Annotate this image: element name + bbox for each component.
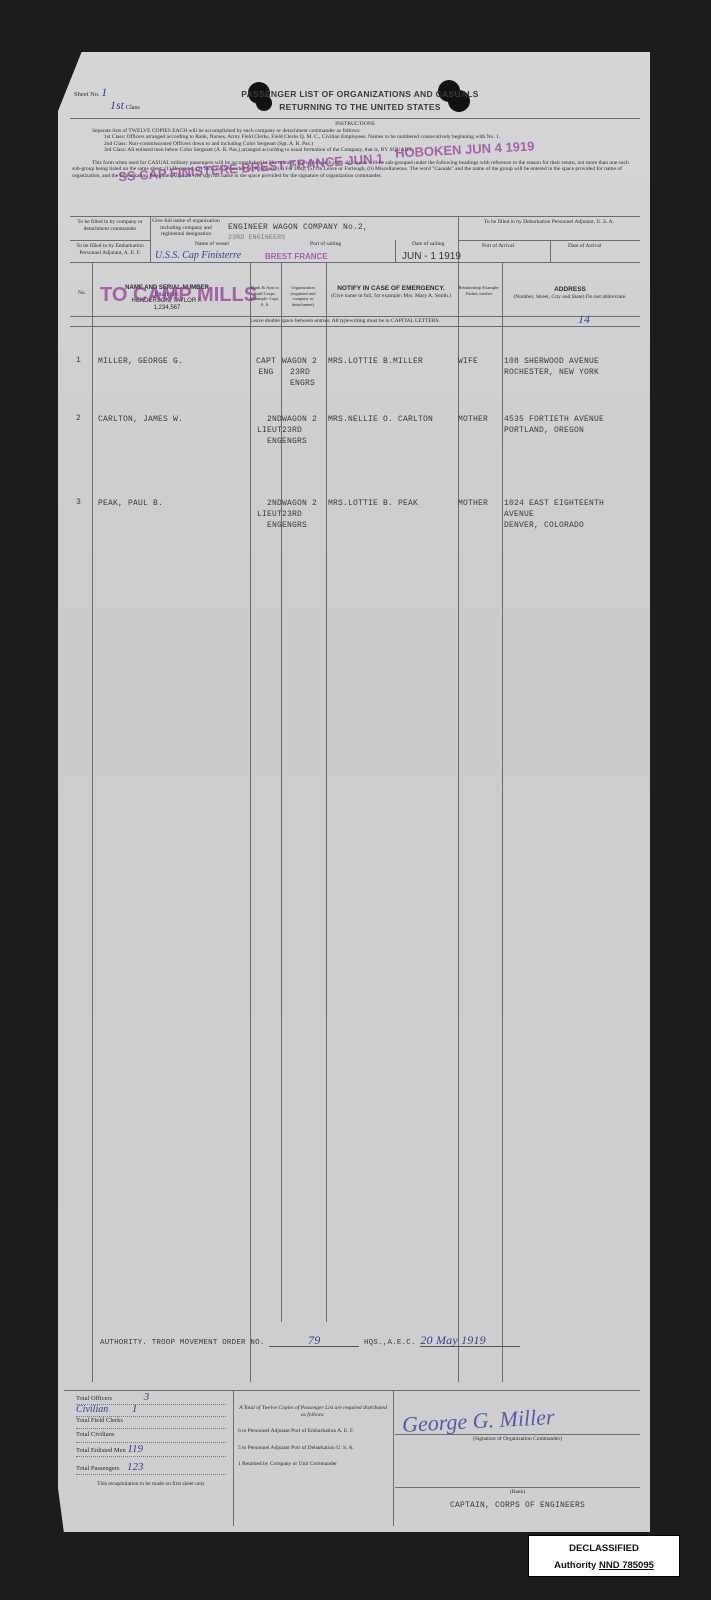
divider — [70, 262, 640, 263]
col-header-relationship: Relationship Example: Father, mother — [458, 285, 500, 296]
company-commander-label: To be filled in by company or detachment… — [72, 219, 148, 232]
col-header-notify: NOTIFY IN CASE OF EMERGENCY. (Give name … — [326, 286, 456, 299]
divider — [233, 1390, 234, 1526]
row-name: PEAK, PAUL B. — [98, 498, 163, 509]
row-address-2: AVENUE — [504, 509, 604, 520]
rank-line — [395, 1487, 640, 1488]
rank-value: CAPTAIN, CORPS OF ENGINEERS — [395, 1500, 640, 1511]
col-header-address-sub: (Number, Street, City and State) Do not … — [502, 294, 638, 301]
row-address-3: DENVER, COLORADO — [504, 520, 604, 531]
row-org-1: WAGON 2 — [282, 356, 328, 367]
total-enlisted-label: Total Enlisted Men — [76, 1447, 126, 1454]
divider — [150, 216, 151, 262]
row-notify: MRS.LOTTIE B. PEAK — [328, 498, 418, 509]
distribution-item-3: 1 Retained by Company or Unit Commander — [238, 1461, 388, 1468]
class-value: 1st — [110, 98, 124, 112]
declassified-authority: Authority NND 785095 — [529, 1560, 679, 1571]
row-org-1: WAGON 2 — [282, 414, 328, 425]
row-no: 1 — [76, 356, 81, 365]
row-relationship: WIFE — [458, 356, 478, 367]
row-org-3: ENGRS — [282, 520, 328, 531]
row-org-2: 23RD — [282, 367, 328, 378]
col-header-notify-label: NOTIFY IN CASE OF EMERGENCY. — [326, 286, 456, 293]
row-rank-3: ENG — [250, 520, 282, 531]
total-enlisted-row: Total Enlisted Men 119 — [76, 1445, 226, 1457]
row-rank-1: 2ND — [250, 498, 282, 509]
authority-line: AUTHORITY. TROOP MOVEMENT ORDER NO. 79 H… — [100, 1335, 520, 1349]
date-arrival-label: Date of Arrival — [568, 243, 601, 250]
divider — [70, 326, 640, 327]
row-organization: WAGON 223RDENGRS — [282, 414, 328, 447]
row-rank: 2NDLIEUTENG — [250, 414, 282, 447]
document-title: PASSENGER LIST OF ORGANIZATIONS AND CASU… — [200, 89, 520, 112]
total-passengers-row: Total Passengers 123 — [76, 1463, 226, 1475]
total-civilians-label: Total Civilians — [76, 1431, 226, 1443]
totals-block: Total Officers 3 Civilian 1 Total Field … — [76, 1393, 226, 1488]
row-rank-2: ENG — [250, 367, 282, 378]
class-field: 1st Class — [110, 101, 140, 112]
divider — [550, 240, 551, 262]
col-header-no: No. — [72, 290, 92, 297]
total-officers-value: 3 — [144, 1391, 150, 1403]
vessel-label: Name of vessel — [195, 241, 229, 248]
row-name: MILLER, GEORGE G. — [98, 356, 183, 367]
divider — [393, 1390, 394, 1526]
row-address-1: 4535 FORTIETH AVENUE — [504, 414, 604, 425]
passenger-list-document — [58, 52, 650, 1532]
row-org-3: ENGRS — [282, 378, 328, 389]
vessel-value: U.S.S. Cap Finisterre — [155, 250, 241, 261]
distribution-block: A Total of Twelve Copies of Passenger Li… — [238, 1405, 388, 1468]
total-nurses-overwrite: Civilian — [76, 1404, 108, 1415]
col-header-organization: Organization (regiment and company or de… — [282, 285, 324, 307]
handwritten-number: 14 — [578, 312, 590, 327]
organization-label: Give full name of organization including… — [152, 218, 220, 238]
divider — [395, 240, 396, 262]
authority-label: AUTHORITY. TROOP MOVEMENT ORDER NO. — [100, 1339, 265, 1347]
row-no: 2 — [76, 414, 81, 423]
declassified-authority-value: NND 785095 — [599, 1560, 654, 1571]
table-row: 1 MILLER, GEORGE G. CAPTENG WAGON 223RDE… — [70, 356, 640, 396]
date-sailing-value: JUN - 1 1919 — [402, 251, 461, 262]
sheet-number: Sheet No. 1 — [74, 88, 107, 99]
declassified-authority-label: Authority — [554, 1560, 596, 1571]
camp-mills-stamp: TO CAMP MILLS — [100, 284, 257, 307]
divider — [70, 216, 640, 217]
authority-hq-label: HQS.,A.E.C. — [364, 1339, 416, 1347]
date-sailing-label: Date of sailing — [412, 241, 444, 248]
debarkation-label: To be filled in by Debarkation Personnel… — [460, 219, 638, 226]
organization-value-2: 23RD ENGINEERS — [228, 232, 285, 243]
sheet-no-value: 1 — [101, 85, 107, 99]
authority-date: 20 May 1919 — [420, 1335, 520, 1347]
title-line-2: RETURNING TO THE UNITED STATES — [200, 102, 520, 112]
total-field-clerks-label: Total Field Clerks — [76, 1417, 226, 1429]
rank-label: (Rank) — [395, 1489, 640, 1496]
row-organization: WAGON 223RDENGRS — [282, 356, 328, 389]
distribution-item-2: 5 to Personnel Adjutant Port of Debarkat… — [238, 1445, 388, 1452]
row-address-2: PORTLAND, OREGON — [504, 425, 604, 436]
col-header-address: ADDRESS (Number, Street, City and State)… — [502, 287, 638, 300]
table-row: 3 PEAK, PAUL B. 2NDLIEUTENG WAGON 223RDE… — [70, 498, 640, 538]
row-relationship: MOTHER — [458, 498, 488, 509]
row-rank-1: 2ND — [250, 414, 282, 425]
divider — [70, 316, 640, 317]
divider — [70, 240, 150, 241]
total-passengers-label: Total Passengers — [76, 1465, 119, 1472]
divider — [458, 240, 640, 241]
row-notify: MRS.NELLIE O. CARLTON — [328, 414, 433, 425]
row-organization: WAGON 223RDENGRS — [282, 498, 328, 531]
divider — [64, 1390, 640, 1391]
row-org-3: ENGRS — [282, 436, 328, 447]
title-line-1: PASSENGER LIST OF ORGANIZATIONS AND CASU… — [200, 89, 520, 99]
row-rank-2: LIEUT — [250, 509, 282, 520]
row-address-2: ROCHESTER, NEW YORK — [504, 367, 599, 378]
declassified-label: DECLASSIFIED — [529, 1543, 679, 1554]
table-row: 2 CARLTON, JAMES W. 2NDLIEUTENG WAGON 22… — [70, 414, 640, 454]
row-rank-2: LIEUT — [250, 425, 282, 436]
row-org-2: 23RD — [282, 509, 328, 520]
row-address: 4535 FORTIETH AVENUEPORTLAND, OREGON — [504, 414, 604, 436]
total-passengers-value: 123 — [127, 1461, 144, 1473]
row-address: 108 SHERWOOD AVENUEROCHESTER, NEW YORK — [504, 356, 599, 378]
col-header-notify-sub: (Give name in full, for example: Mrs. Ma… — [326, 293, 456, 300]
total-officers-label: Total Officers — [76, 1395, 112, 1402]
row-address-1: 1024 EAST EIGHTEENTH — [504, 498, 604, 509]
port-sailing-label: Port of sailing — [310, 241, 341, 248]
distribution-heading: A Total of Twelve Copies of Passenger Li… — [238, 1405, 388, 1418]
class-label: Class — [126, 104, 140, 111]
totals-note: This recapitulation to be made on first … — [76, 1481, 226, 1488]
row-rank: 2NDLIEUTENG — [250, 498, 282, 531]
divider — [70, 118, 640, 119]
row-org-2: 23RD — [282, 425, 328, 436]
row-rank-3: ENG — [250, 436, 282, 447]
signature-label: (Signature of Organization Commander) — [395, 1436, 640, 1443]
signature-line — [395, 1434, 640, 1435]
row-notify: MRS.LOTTIE B.MILLER — [328, 356, 423, 367]
row-name: CARLTON, JAMES W. — [98, 414, 183, 425]
sheet-label: Sheet No. — [74, 91, 100, 98]
col-header-rank: Rank & Arm or Staff Corps. Example: Capt… — [250, 285, 280, 307]
total-enlisted-value: 119 — [127, 1443, 143, 1455]
declassified-stamp: DECLASSIFIED Authority NND 785095 — [528, 1535, 680, 1577]
embarkation-label: To be filled in by Embarkation Personnel… — [72, 243, 148, 256]
row-no: 3 — [76, 498, 81, 507]
row-rank: CAPTENG — [250, 356, 282, 378]
port-sailing-stamp: BREST FRANCE — [265, 252, 328, 261]
row-address-1: 108 SHERWOOD AVENUE — [504, 356, 599, 367]
row-address: 1024 EAST EIGHTEENTHAVENUEDENVER, COLORA… — [504, 498, 604, 531]
total-nurses-value: 1 — [132, 1403, 138, 1415]
total-nurses-row: Civilian 1 — [76, 1405, 226, 1417]
row-org-1: WAGON 2 — [282, 498, 328, 509]
authority-order-no: 79 — [269, 1335, 359, 1347]
row-relationship: MOTHER — [458, 414, 488, 425]
port-arrival-label: Port of Arrival — [482, 243, 514, 250]
row-rank-1: CAPT — [250, 356, 282, 367]
distribution-item-1: 6 to Personnel Adjutant Port of Embarkat… — [238, 1428, 388, 1435]
